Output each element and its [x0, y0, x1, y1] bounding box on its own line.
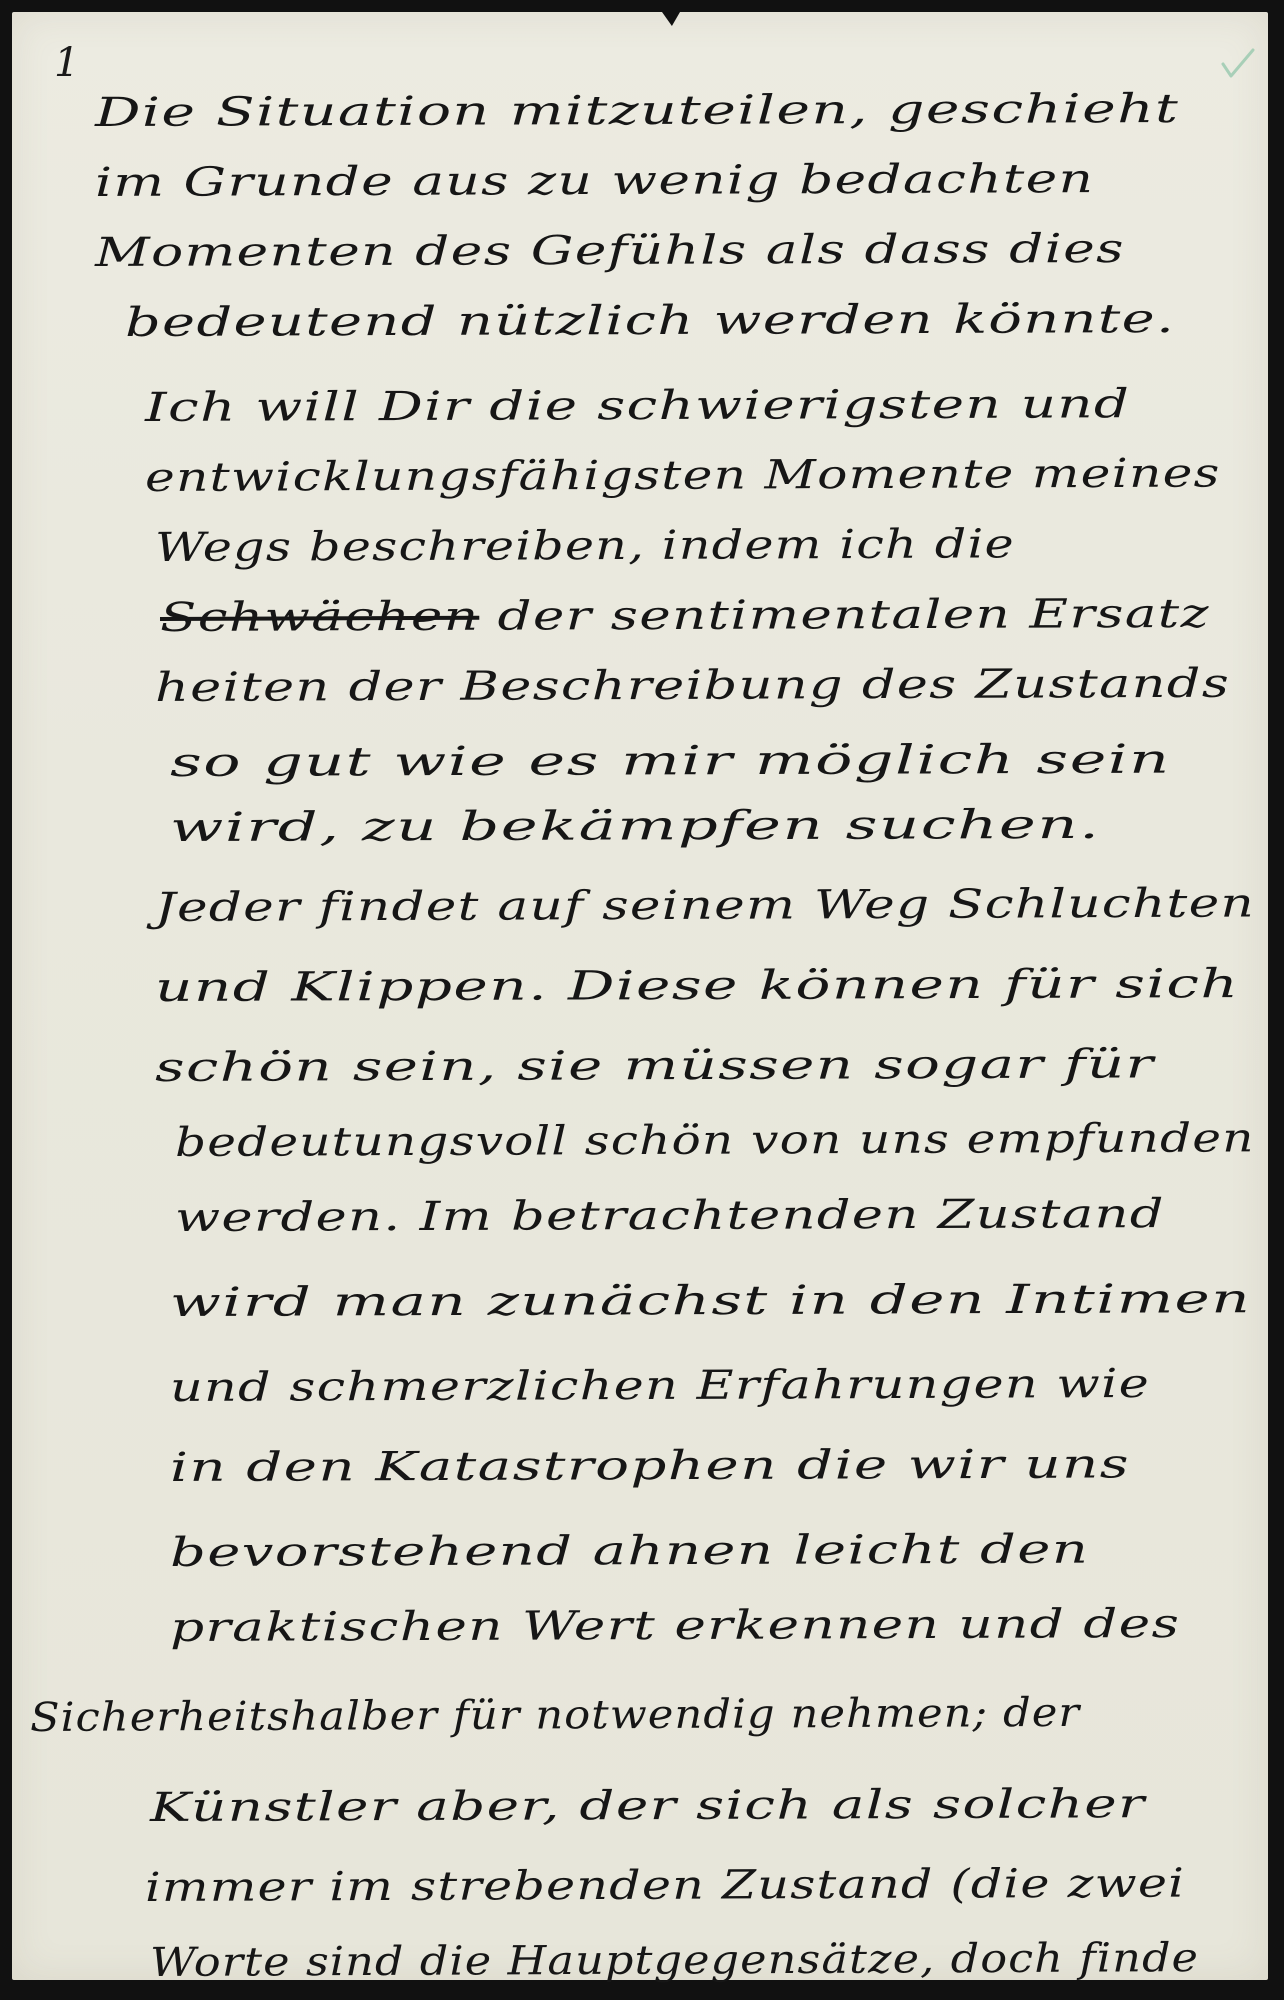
handwritten-line: bedeutend nützlich werden könnte. [125, 296, 1176, 346]
handwritten-line: Wegs beschreiben, indem ich die [155, 521, 1015, 571]
handwritten-line: schön sein, sie müssen sogar für [155, 1041, 1155, 1091]
page-number: 1 [54, 40, 79, 86]
handwritten-line: und Klippen. Diese können für sich [155, 961, 1240, 1011]
handwritten-line: wird, zu bekämpfen suchen. [170, 802, 1101, 851]
handwritten-line: entwicklungsfähigsten Momente meines [145, 451, 1221, 501]
handwritten-line: Ich will Dir die schwierigsten und [145, 381, 1131, 431]
handwritten-line: Jeder findet auf seinem Weg Schluchten [155, 881, 1255, 931]
handwritten-line: so gut wie es mir möglich sein [170, 737, 1171, 786]
handwritten-line: Künstler aber, der sich als solcher [150, 1781, 1146, 1831]
handwritten-line: Momenten des Gefühls als dass dies [95, 226, 1125, 276]
handwritten-line: praktischen Wert erkennen und des [170, 1601, 1181, 1651]
handwritten-line: in den Katastrophen die wir uns [170, 1441, 1130, 1491]
handwritten-line: werden. Im betrachtenden Zustand [175, 1191, 1165, 1241]
check-mark-icon [1217, 42, 1257, 82]
handwritten-line: Worte sind die Hauptgegensätze, doch fin… [150, 1935, 1199, 1986]
handwritten-line: bevorstehend ahnen leicht den [170, 1527, 1090, 1576]
handwritten-line: Schwächen der sentimentalen Ersatz [160, 591, 1210, 641]
struck-word: Schwächen [160, 594, 480, 641]
handwritten-line: und schmerzlichen Erfahrungen wie [170, 1361, 1150, 1411]
handwritten-line: im Grunde aus zu wenig bedachten [95, 156, 1095, 206]
handwritten-line: Die Situation mitzuteilen, geschieht [95, 86, 1180, 136]
handwritten-line: heiten der Beschreibung des Zustands [155, 661, 1230, 711]
paper-tear [662, 12, 680, 26]
handwritten-line: wird man zunächst in den Intimen [170, 1276, 1251, 1326]
manuscript-page: 1 Die Situation mitzuteilen, geschiehtim… [12, 12, 1268, 1980]
handwritten-line: bedeutungsvoll schön von uns empfunden [175, 1115, 1255, 1166]
handwritten-line: Sicherheitshalber für notwendig nehmen; … [30, 1690, 1080, 1741]
handwritten-line: immer im strebenden Zustand (die zwei [145, 1861, 1185, 1911]
